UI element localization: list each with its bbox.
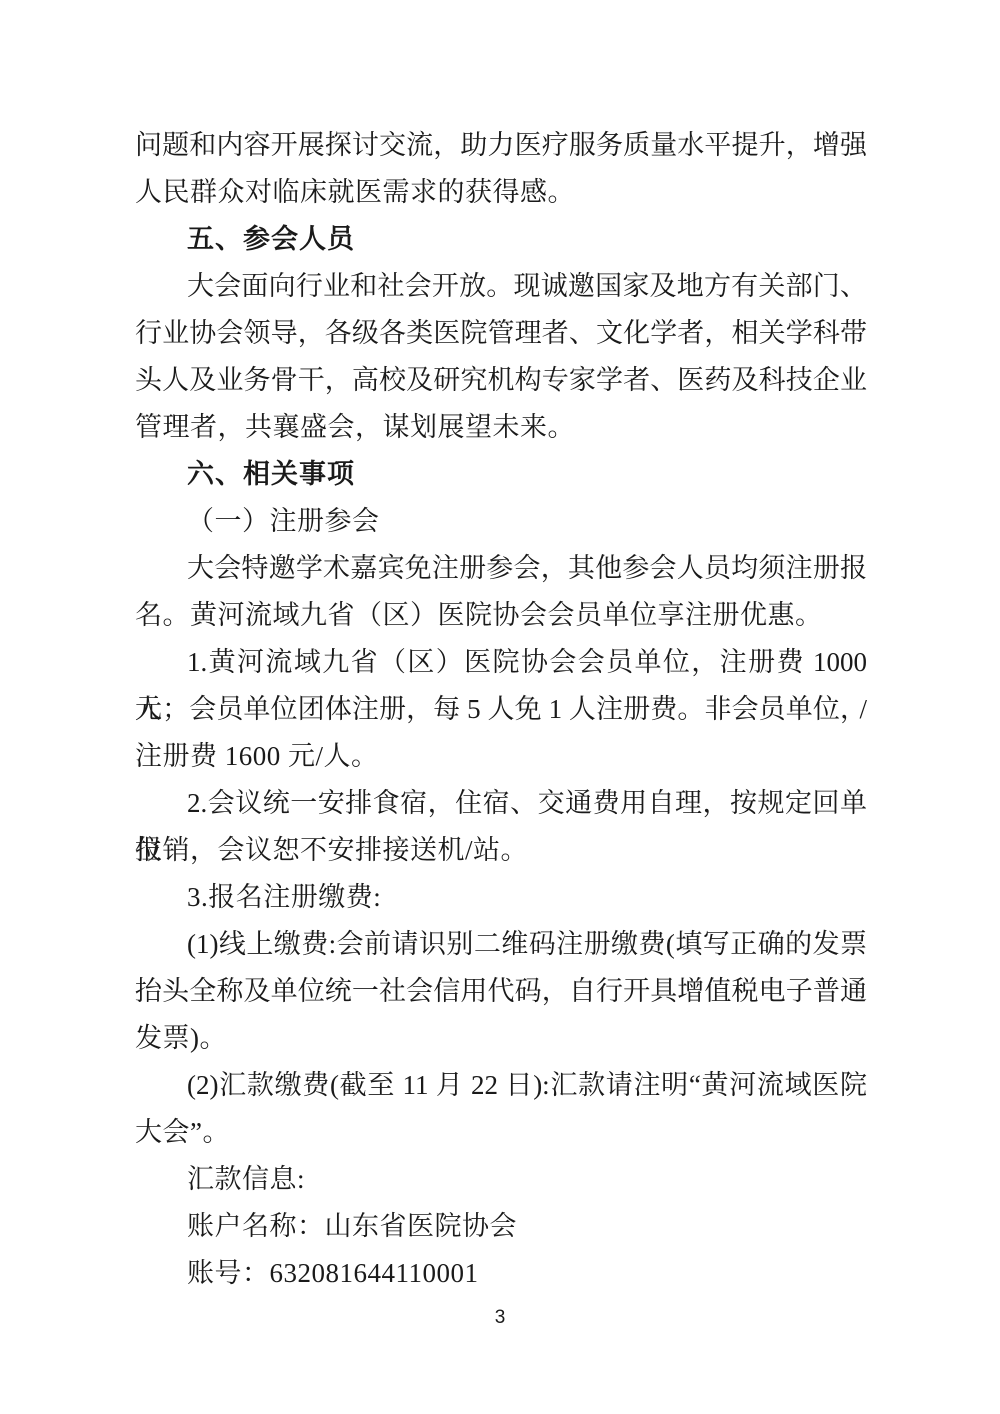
text-line: 大会特邀学术嘉宾免注册参会，其他参会人员均须注册报 [135, 545, 867, 592]
text-line: 发票)。 [135, 1015, 867, 1062]
text-line: （一）注册参会 [135, 498, 867, 545]
text-line: 3.报名注册缴费: [135, 874, 867, 921]
text-line: 人民群众对临床就医需求的获得感。 [135, 169, 867, 216]
text-line: (2)汇款缴费(截至 11 月 22 日):汇款请注明“黄河流域医院 [135, 1062, 867, 1109]
page-number: 3 [0, 1305, 1000, 1331]
text-line: 注册费 1600 元/人。 [135, 733, 867, 780]
text-line: 六、相关事项 [135, 451, 867, 498]
text-line: 名。黄河流域九省（区）医院协会会员单位享注册优惠。 [135, 592, 867, 639]
text-line: 头人及业务骨干，高校及研究机构专家学者、医药及科技企业 [135, 357, 867, 404]
document-page: 问题和内容开展探讨交流，助力医疗服务质量水平提升，增强人民群众对临床就医需求的获… [0, 0, 1000, 1414]
text-line: 大会”。 [135, 1109, 867, 1156]
text-line: 人；会员单位团体注册，每 5 人免 1 人注册费。非会员单位， [135, 686, 867, 733]
text-line: 报销，会议恕不安排接送机/站。 [135, 827, 867, 874]
text-line: 汇款信息: [135, 1156, 867, 1203]
text-line: 2.会议统一安排食宿，住宿、交通费用自理，按规定回单位 [135, 780, 867, 827]
text-line: 大会面向行业和社会开放。现诚邀国家及地方有关部门、 [135, 263, 867, 310]
text-line: 五、参会人员 [135, 216, 867, 263]
text-line: 1.黄河流域九省（区）医院协会会员单位，注册费 1000 元/ [135, 639, 867, 686]
text-line: 账号：632081644110001 [135, 1250, 867, 1297]
text-line: 抬头全称及单位统一社会信用代码，自行开具增值税电子普通 [135, 968, 867, 1015]
text-line: 账户名称：山东省医院协会 [135, 1203, 867, 1250]
text-line: 问题和内容开展探讨交流，助力医疗服务质量水平提升，增强 [135, 122, 867, 169]
document-body: 问题和内容开展探讨交流，助力医疗服务质量水平提升，增强人民群众对临床就医需求的获… [135, 122, 867, 1297]
text-line: 行业协会领导，各级各类医院管理者、文化学者，相关学科带 [135, 310, 867, 357]
text-line: 管理者，共襄盛会，谋划展望未来。 [135, 404, 867, 451]
text-line: (1)线上缴费:会前请识别二维码注册缴费(填写正确的发票 [135, 921, 867, 968]
